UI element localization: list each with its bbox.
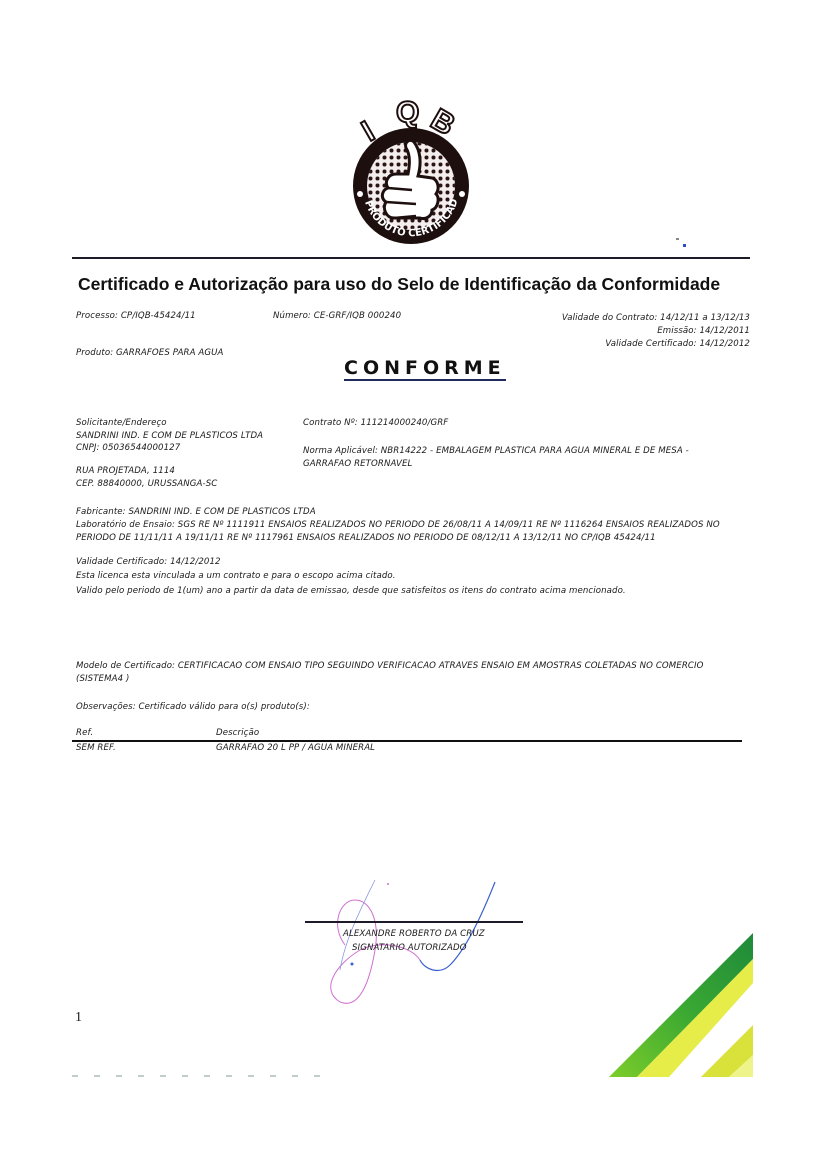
observacoes: Observações: Certificado válido para o(s…: [76, 702, 310, 712]
laboratorio-ensaio-cont: PERIODO DE 11/11/11 A 19/11/11 RE Nº 111…: [76, 533, 656, 543]
norma-aplicavel: Norma Aplicável: NBR14222 - EMBALAGEM PL…: [303, 446, 689, 456]
iqb-logo: I Q B PRODUTO CERTIFICADO: [346, 98, 476, 248]
top-rule: [72, 257, 750, 259]
table-header-ref: Ref.: [76, 728, 93, 738]
table-header-descricao: Descrição: [216, 728, 259, 738]
page-number: 1: [75, 1010, 82, 1026]
scan-mark: [683, 244, 686, 247]
signature-scribble: [300, 870, 540, 1010]
processo: Processo: CP/IQB-45424/11: [76, 311, 196, 321]
row-descricao: GARRAFAO 20 L PP / AGUA MINERAL: [216, 743, 375, 753]
thumbs-up-seal-icon: I Q B PRODUTO CERTIFICADO: [346, 98, 476, 248]
decorative-stripes: [605, 925, 765, 1085]
fabricante: Fabricante: SANDRINI IND. E COM DE PLAST…: [76, 507, 316, 517]
modelo-sistema: (SISTEMA4 ): [76, 674, 129, 684]
periodo-texto: Valido pelo periodo de 1(um) ano a parti…: [76, 586, 626, 596]
solicitante-endereco: RUA PROJETADA, 1114: [76, 466, 175, 476]
row-ref: SEM REF.: [76, 743, 116, 753]
validade-certificado: Validade Certificado: 14/12/2012: [76, 557, 221, 567]
solicitante-cep: CEP. 88840000, URUSSANGA-SC: [76, 479, 217, 489]
signatory-role: SIGNATARIO AUTORIZADO: [352, 943, 467, 953]
table-header-rule: [72, 740, 742, 742]
certificate-title: Certificado e Autorização para uso do Se…: [78, 274, 720, 295]
numero: Número: CE-GRF/IQB 000240: [273, 311, 401, 321]
solicitante-empresa: SANDRINI IND. E COM DE PLASTICOS LTDA: [76, 431, 263, 441]
logo-letter-i: I: [356, 115, 380, 148]
signatory-name: ALEXANDRE ROBERTO DA CRUZ: [343, 929, 485, 939]
produto: Produto: GARRAFOES PARA AGUA: [76, 348, 224, 358]
modelo-certificado: Modelo de Certificado: CERTIFICACAO COM …: [76, 661, 704, 671]
laboratorio-ensaio: Laboratório de Ensaio: SGS RE Nº 1111911…: [76, 520, 720, 530]
contrato-numero: Contrato Nº: 111214000240/GRF: [303, 418, 448, 428]
emissao: Emissão: 14/12/2011: [657, 326, 750, 336]
footer-faint-text: [72, 1075, 332, 1077]
solicitante-label: Solicitante/Endereço: [76, 418, 167, 428]
licenca-texto: Esta licenca esta vinculada a um contrat…: [76, 571, 396, 581]
status-conforme: CONFORME: [344, 357, 506, 381]
validade-contrato: Validade do Contrato: 14/12/11 a 13/12/1…: [562, 313, 750, 323]
modelo-value: CERTIFICACAO COM ENSAIO TIPO SEGUINDO VE…: [178, 661, 704, 671]
norma-aplicavel-cont: GARRAFAO RETORNAVEL: [303, 459, 412, 469]
signature-line: [305, 921, 523, 923]
logo-letter-q: Q: [396, 98, 419, 129]
validade-certificado-header: Validade Certificado: 14/12/2012: [605, 339, 750, 349]
solicitante-cnpj: CNPJ: 05036544000127: [76, 443, 180, 453]
scan-mark: [676, 238, 679, 240]
modelo-label: Modelo de Certificado:: [76, 661, 175, 671]
